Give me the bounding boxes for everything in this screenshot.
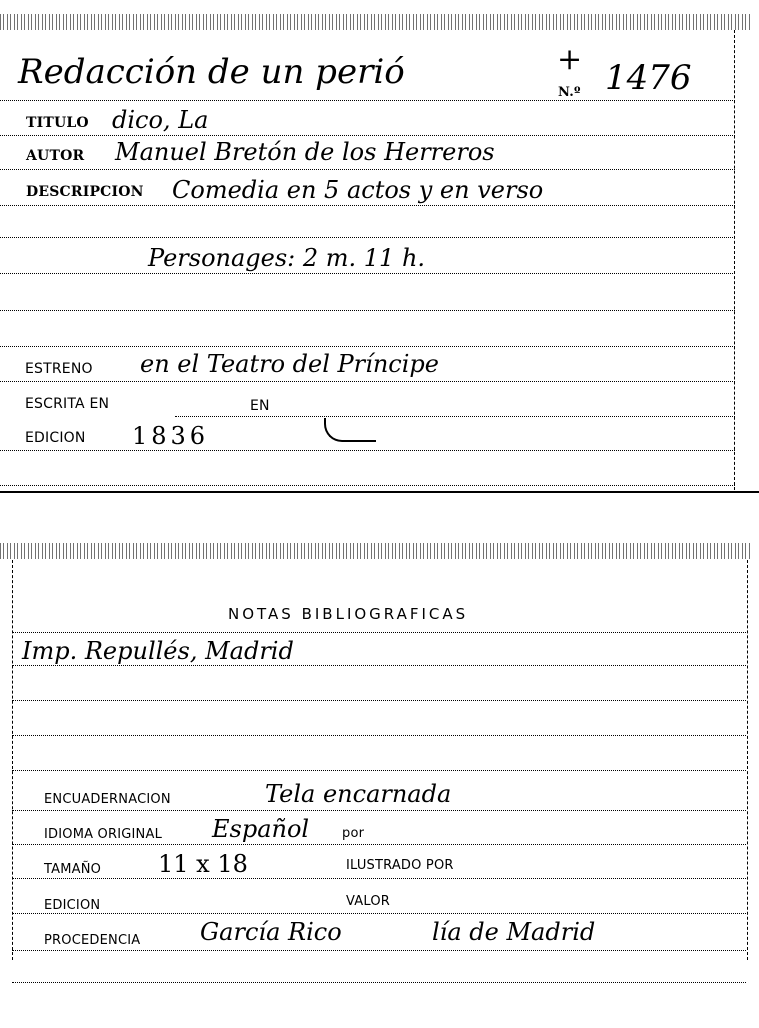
edicion-value: 1836 bbox=[132, 422, 209, 450]
encuadernacion-label: ENCUADERNACION bbox=[44, 792, 171, 807]
procedencia-value-end: lía de Madrid bbox=[432, 918, 595, 946]
rule bbox=[0, 381, 735, 382]
notes-line1: Imp. Repullés, Madrid bbox=[22, 637, 294, 665]
number-value: 1476 bbox=[605, 58, 692, 98]
estreno-value: en el Teatro del Príncipe bbox=[140, 350, 439, 378]
edicion-back-label: EDICION bbox=[44, 898, 100, 913]
idioma-original-label: IDIOMA ORIGINAL bbox=[44, 827, 162, 842]
rule bbox=[12, 810, 746, 811]
idioma-original-value: Español bbox=[212, 815, 309, 843]
titulo-value: dico, La bbox=[112, 106, 208, 134]
card-bottom-edge bbox=[0, 491, 759, 493]
rule bbox=[0, 135, 735, 136]
scan-noise-top bbox=[0, 14, 750, 30]
rule bbox=[12, 844, 746, 845]
rule bbox=[0, 310, 735, 311]
tamano-value: 11 x 18 bbox=[158, 850, 248, 878]
encuadernacion-value: Tela encarnada bbox=[265, 780, 451, 808]
estreno-label: ESTRENO bbox=[25, 361, 93, 377]
rule bbox=[12, 735, 746, 736]
rule bbox=[12, 632, 746, 633]
procedencia-label: PROCEDENCIA bbox=[44, 933, 140, 948]
number-label: N.º bbox=[558, 85, 581, 100]
rule bbox=[0, 205, 735, 206]
rule bbox=[0, 346, 735, 347]
personajes-note: Personages: 2 m. 11 h. bbox=[148, 244, 425, 272]
descripcion-label: DESCRIPCION bbox=[26, 184, 144, 200]
autor-value: Manuel Bretón de los Herreros bbox=[115, 138, 495, 166]
rule bbox=[175, 416, 735, 417]
rule bbox=[0, 169, 735, 170]
descripcion-value: Comedia en 5 actos y en verso bbox=[172, 176, 543, 204]
rule bbox=[12, 950, 746, 951]
valor-label: VALOR bbox=[346, 894, 390, 909]
procedencia-value: García Rico bbox=[200, 918, 342, 946]
rule bbox=[0, 237, 735, 238]
rule bbox=[12, 913, 746, 914]
escrita-en-label: ESCRITA EN bbox=[25, 396, 109, 412]
rule bbox=[0, 100, 735, 101]
rule bbox=[12, 770, 746, 771]
rule bbox=[12, 665, 746, 666]
rule bbox=[12, 700, 746, 701]
autor-label: AUTOR bbox=[26, 148, 84, 164]
cross-mark: + bbox=[557, 42, 582, 77]
title-handwritten: Redacción de un perió bbox=[18, 52, 405, 92]
scan-noise-top bbox=[0, 543, 750, 559]
idioma-por-label: por bbox=[342, 826, 364, 841]
rule bbox=[12, 878, 746, 879]
rule bbox=[0, 450, 735, 451]
rule bbox=[0, 485, 735, 486]
edicion-label: EDICION bbox=[25, 430, 86, 446]
en-label: EN bbox=[250, 398, 270, 414]
notes-heading: NOTAS BIBLIOGRAFICAS bbox=[228, 605, 468, 623]
ilustrado-por-label: ILUSTRADO POR bbox=[346, 858, 454, 873]
ink-mark bbox=[324, 418, 376, 442]
tamano-label: TAMAÑO bbox=[44, 862, 101, 877]
titulo-label: TITULO bbox=[26, 115, 89, 131]
rule bbox=[0, 273, 735, 274]
rule bbox=[12, 982, 746, 983]
